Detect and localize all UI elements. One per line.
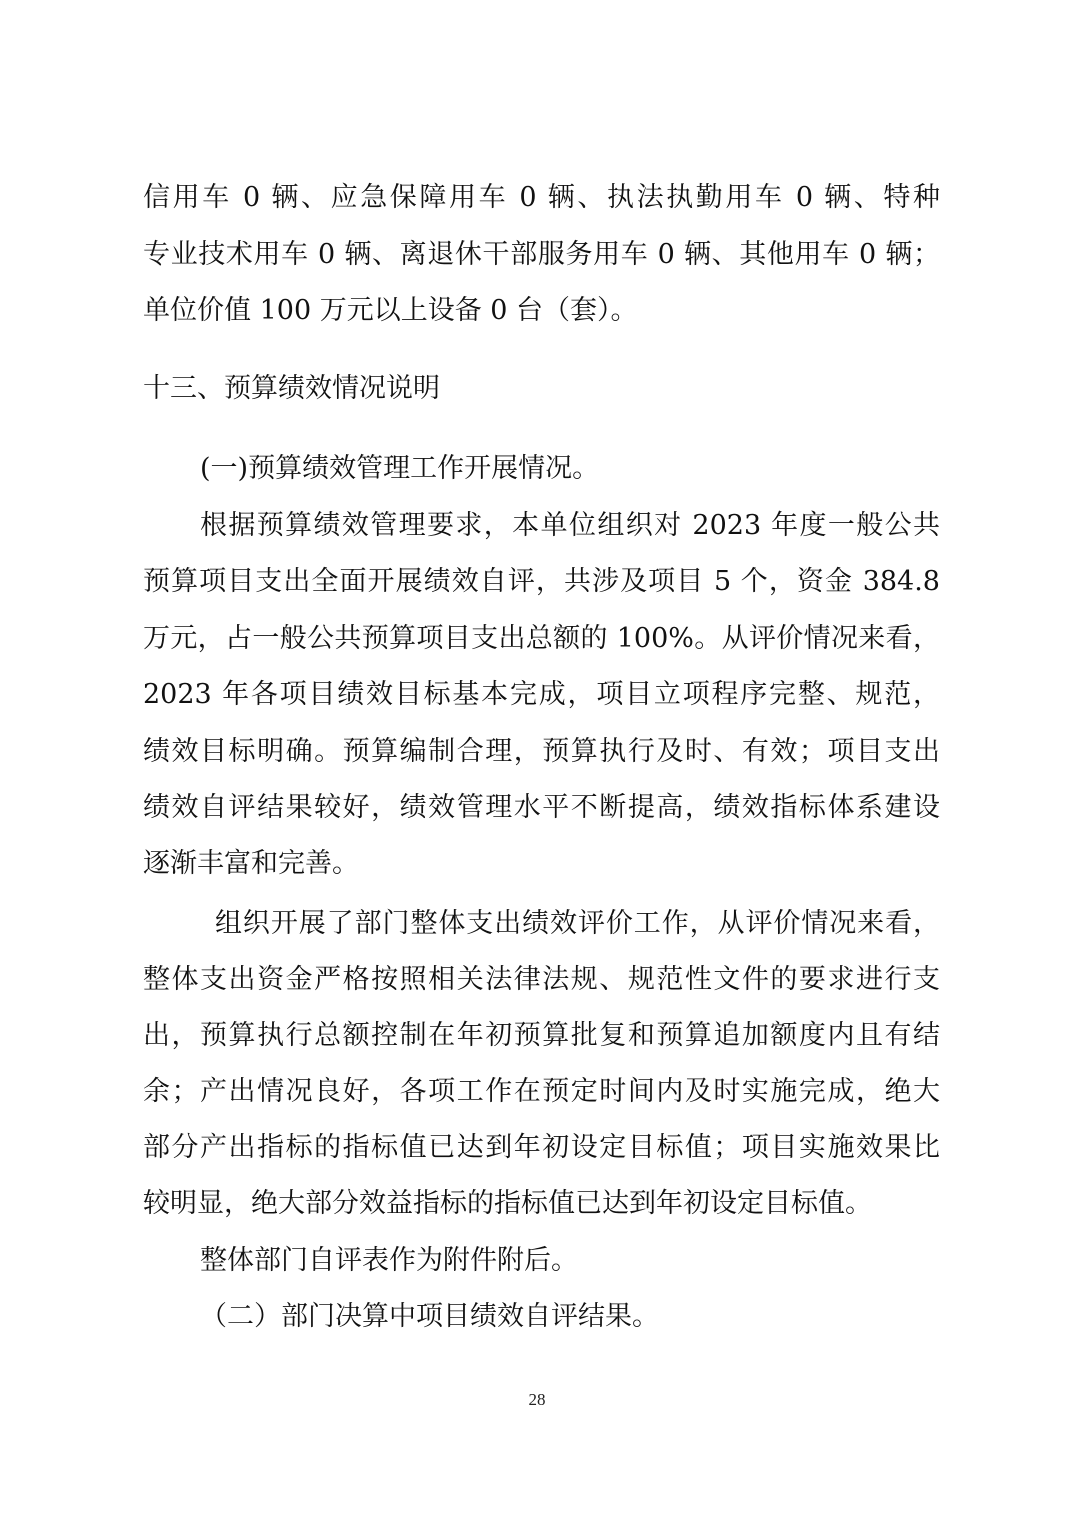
subsection-heading: （二）部门决算中项目绩效自评结果。 xyxy=(200,1297,940,1337)
page-number: 28 xyxy=(0,1390,1074,1410)
text-line: 整体支出资金严格按照相关法律法规、规范性文件的要求进行支 xyxy=(143,960,940,1000)
text-line: 整体部门自评表作为附件附后。 xyxy=(200,1241,940,1281)
text-line: 信用车 0 辆、应急保障用车 0 辆、执法执勤用车 0 辆、特种 xyxy=(143,178,940,218)
section-heading: 十三、预算绩效情况说明 xyxy=(143,369,940,409)
text-line: 预算项目支出全面开展绩效自评，共涉及项目 5 个，资金 384.8 xyxy=(143,562,940,602)
text-line: 根据预算绩效管理要求，本单位组织对 2023 年度一般公共 xyxy=(200,506,940,546)
text-line: 万元，占一般公共预算项目支出总额的 100%。从评价情况来看， xyxy=(143,619,940,659)
text-line: 逐渐丰富和完善。 xyxy=(143,844,940,884)
text-line: 绩效自评结果较好，绩效管理水平不断提高，绩效指标体系建设 xyxy=(143,788,940,828)
text-line: 组织开展了部门整体支出绩效评价工作，从评价情况来看， xyxy=(215,904,940,944)
text-line: 单位价值 100 万元以上设备 0 台（套）。 xyxy=(143,291,940,331)
text-line: 余；产出情况良好，各项工作在预定时间内及时实施完成，绝大 xyxy=(143,1072,940,1112)
document-page: 信用车 0 辆、应急保障用车 0 辆、执法执勤用车 0 辆、特种 专业技术用车 … xyxy=(0,0,1074,1520)
text-line: 绩效目标明确。预算编制合理，预算执行及时、有效；项目支出 xyxy=(143,732,940,772)
text-line: 部分产出指标的指标值已达到年初设定目标值；项目实施效果比 xyxy=(143,1128,940,1168)
text-line: 出，预算执行总额控制在年初预算批复和预算追加额度内且有结 xyxy=(143,1016,940,1056)
text-line: 专业技术用车 0 辆、离退休干部服务用车 0 辆、其他用车 0 辆； xyxy=(143,235,940,275)
text-line: 较明显，绝大部分效益指标的指标值已达到年初设定目标值。 xyxy=(143,1184,940,1224)
subsection-heading: (一)预算绩效管理工作开展情况。 xyxy=(200,449,940,489)
text-line: 2023 年各项目绩效目标基本完成，项目立项程序完整、规范， xyxy=(143,675,940,715)
